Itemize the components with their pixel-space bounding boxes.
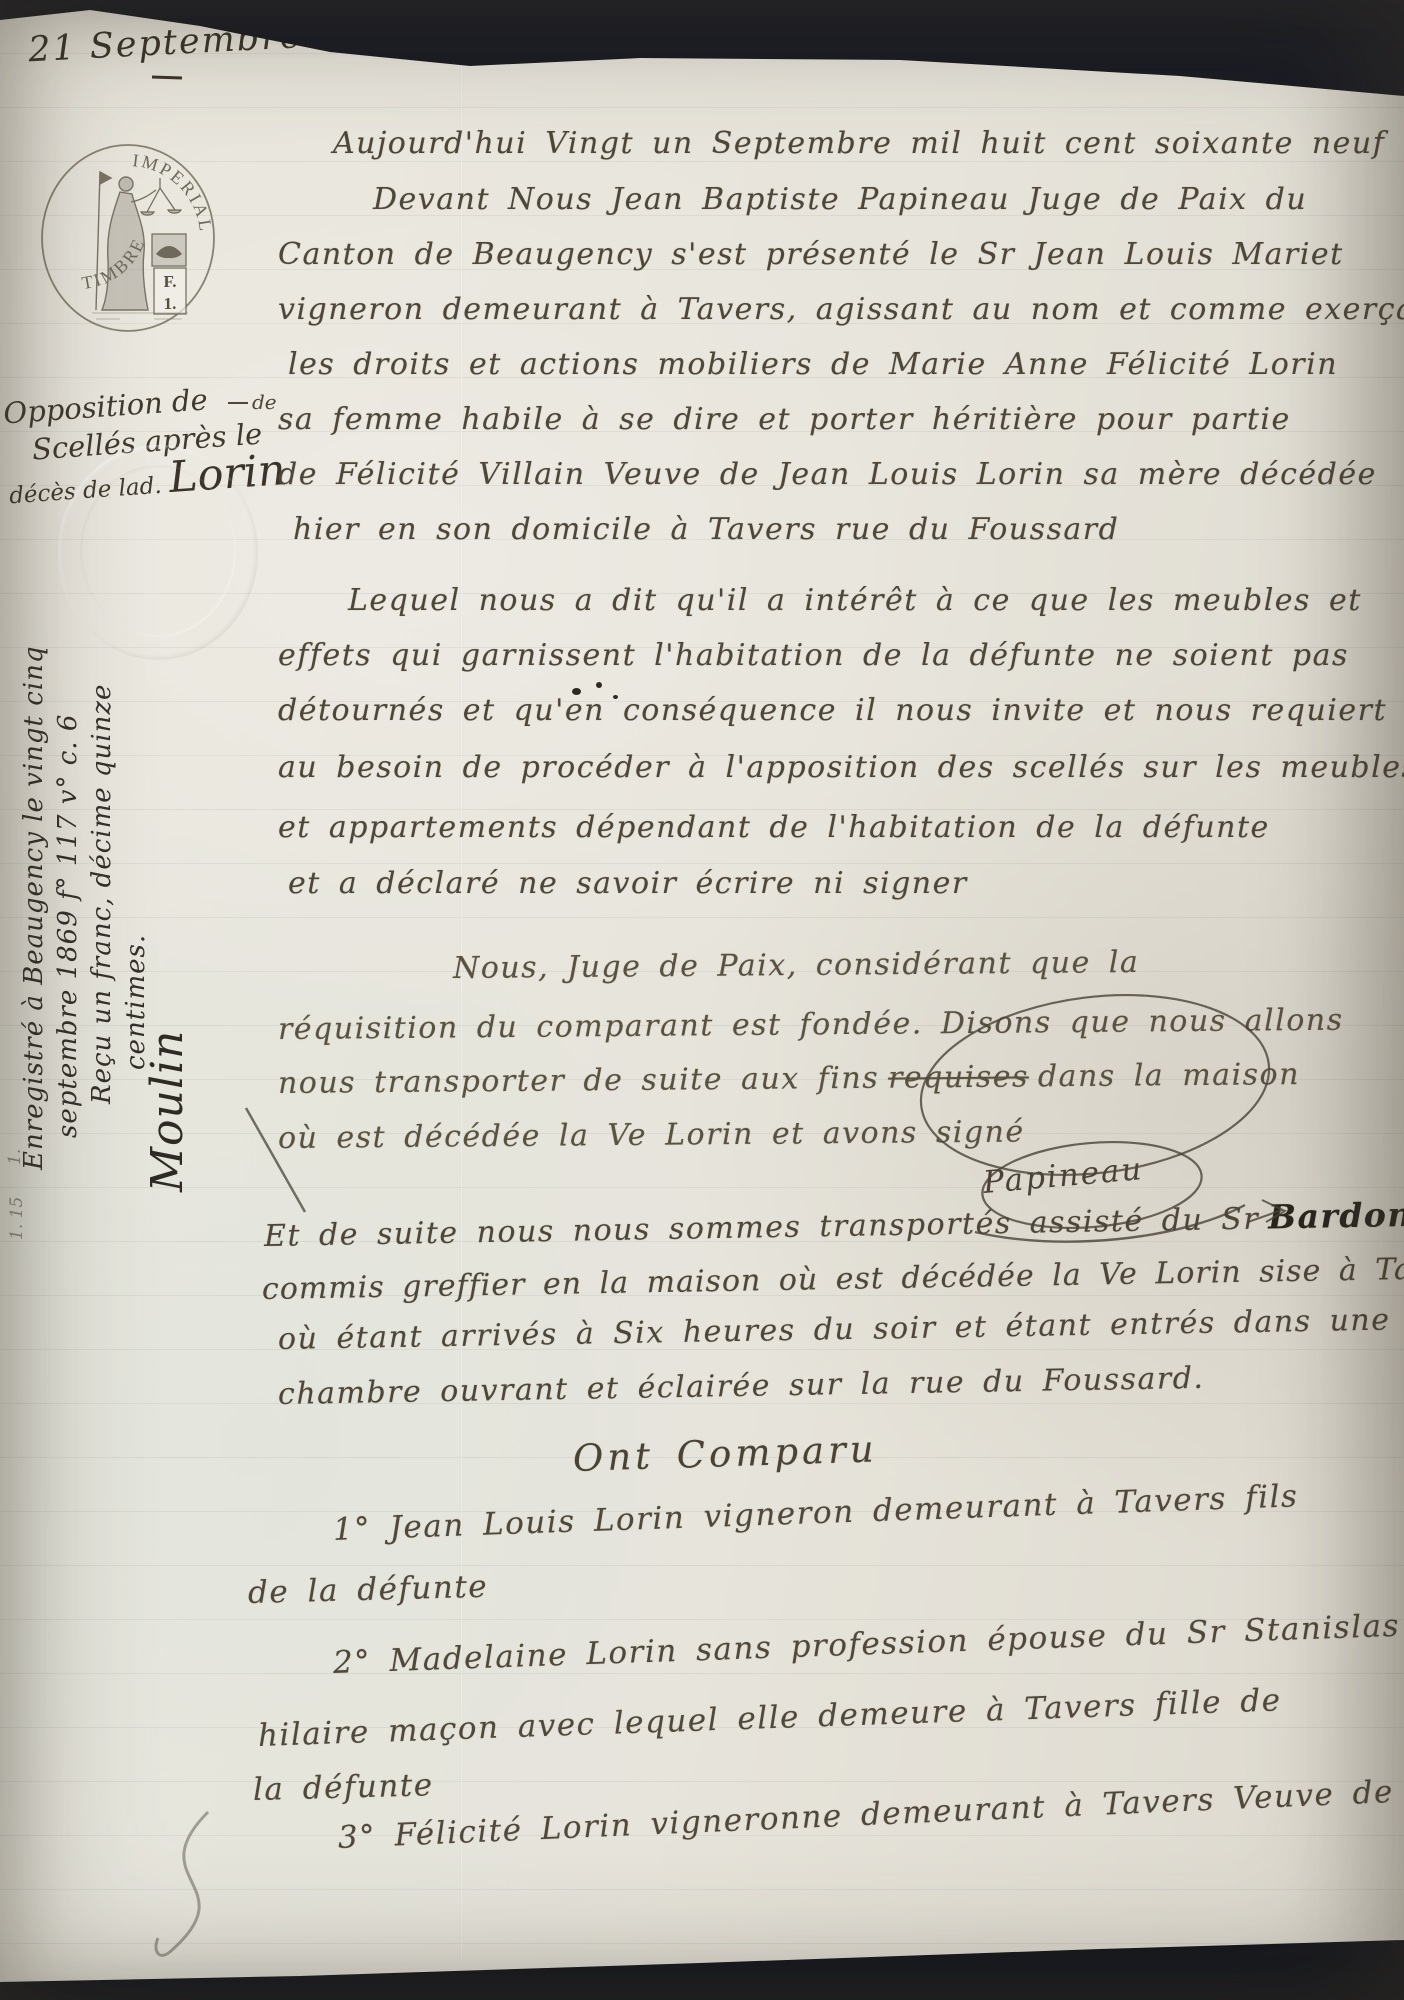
manuscript-line: Nous, Juge de Paix, considérant que la (453, 945, 1140, 986)
manuscript-line: de la défunte (248, 1569, 489, 1611)
document-photo: 21 Septembre 1869. TIMBRE IMPERIAL (0, 0, 1404, 2000)
manuscript-line: réquisition du comparant est fondée. Dis… (278, 1003, 1344, 1047)
manuscript-line: de Félicité Villain Veuve de Jean Louis … (278, 457, 1377, 492)
manuscript-line: où étant arrivés à Six heures du soir et… (278, 1303, 1391, 1357)
manuscript-line: Canton de Beaugency s'est présenté le Sr… (278, 237, 1344, 272)
registrar-signature: Moulin (153, 560, 183, 1192)
manuscript-line: effets qui garnissent l'habitation de la… (278, 638, 1349, 673)
manuscript-line: au besoin de procéder à l'apposition des… (278, 750, 1404, 785)
staff-tip (100, 172, 111, 184)
manuscript-line: nous transporter de suite aux finsrequis… (278, 1057, 1300, 1101)
manuscript-line: Aujourd'hui Vingt un Septembre mil huit … (333, 126, 1385, 161)
manuscript-line: vigneron demeurant à Tavers, agissant au… (278, 292, 1404, 327)
registration-note: Enregistré à Beaugency le vingt cinq sep… (17, 560, 187, 1200)
struck-words: requises (888, 1059, 1029, 1095)
manuscript-line: les droits et actions mobiliers de Marie… (288, 347, 1338, 382)
manuscript-line: hier en son domicile à Tavers rue du Fou… (293, 512, 1119, 547)
figure-arm (131, 190, 156, 202)
registration-line: centimes. (119, 560, 153, 1070)
manuscript-line: 3° Félicité Lorin vigneronne demeurant à… (337, 1774, 1394, 1856)
manuscript-line: sa femme habile à se dire et porter héri… (278, 402, 1291, 437)
photo-bottom-edge (0, 1935, 1404, 2000)
manuscript-line: commis greffier en la maison où est décé… (262, 1251, 1404, 1307)
justice-figure (96, 172, 156, 310)
figure-head (119, 177, 133, 191)
figure-robe (102, 192, 148, 310)
manuscript-line: 2° Madelaine Lorin sans profession épous… (332, 1608, 1400, 1681)
manuscript-line: chambre ouvrant et éclairée sur la rue d… (278, 1361, 1205, 1412)
manuscript-line: où est décédée la Ve Lorin et avons sign… (278, 1114, 1025, 1156)
value-tablet: F. 1. (154, 268, 186, 314)
manuscript-line: 1° Jean Louis Lorin vigneron demeurant à… (332, 1478, 1299, 1548)
manuscript-line: Et de suite nous nous sommes transportés… (264, 1195, 1404, 1254)
registration-line: septembre 1869 f° 117 v° c. 6 (51, 560, 85, 1138)
insertion-dash (228, 402, 248, 404)
ink-blot (596, 682, 602, 688)
manuscript-line: Devant Nous Jean Baptiste Papineau Juge … (373, 182, 1307, 217)
registration-line: Reçu un franc, décime quinze (85, 560, 119, 1104)
eagle-shield (152, 234, 186, 266)
greffier-name: Bardon (1268, 1195, 1404, 1237)
judge-signature: Papineau (982, 1151, 1145, 1201)
timbre-imperial-stamp: TIMBRE IMPERIAL F. 1. (36, 140, 220, 336)
stamp-value-bottom: 1. (164, 294, 177, 313)
comparution-heading: Ont Comparu (572, 1427, 878, 1480)
manuscript-line: et a déclaré ne savoir écrire ni signer (288, 866, 968, 901)
date-underline-dash (152, 75, 182, 79)
manuscript-line: Lequel nous a dit qu'il a intérêt à ce q… (348, 583, 1362, 618)
stamp-value-top: F. (163, 272, 176, 291)
manuscript-line: détournés et qu'en conséquence il nous i… (278, 693, 1387, 728)
pencil-flourish (156, 1812, 208, 1955)
manuscript-line: hilaire maçon avec lequel elle demeure à… (257, 1682, 1282, 1754)
pencil-mark: 1. (5, 1075, 25, 1165)
manuscript-line: la défunte (253, 1767, 435, 1808)
margin-insertion: de (252, 390, 277, 414)
manuscript-line: et appartements dépendant de l'habitatio… (278, 810, 1270, 845)
